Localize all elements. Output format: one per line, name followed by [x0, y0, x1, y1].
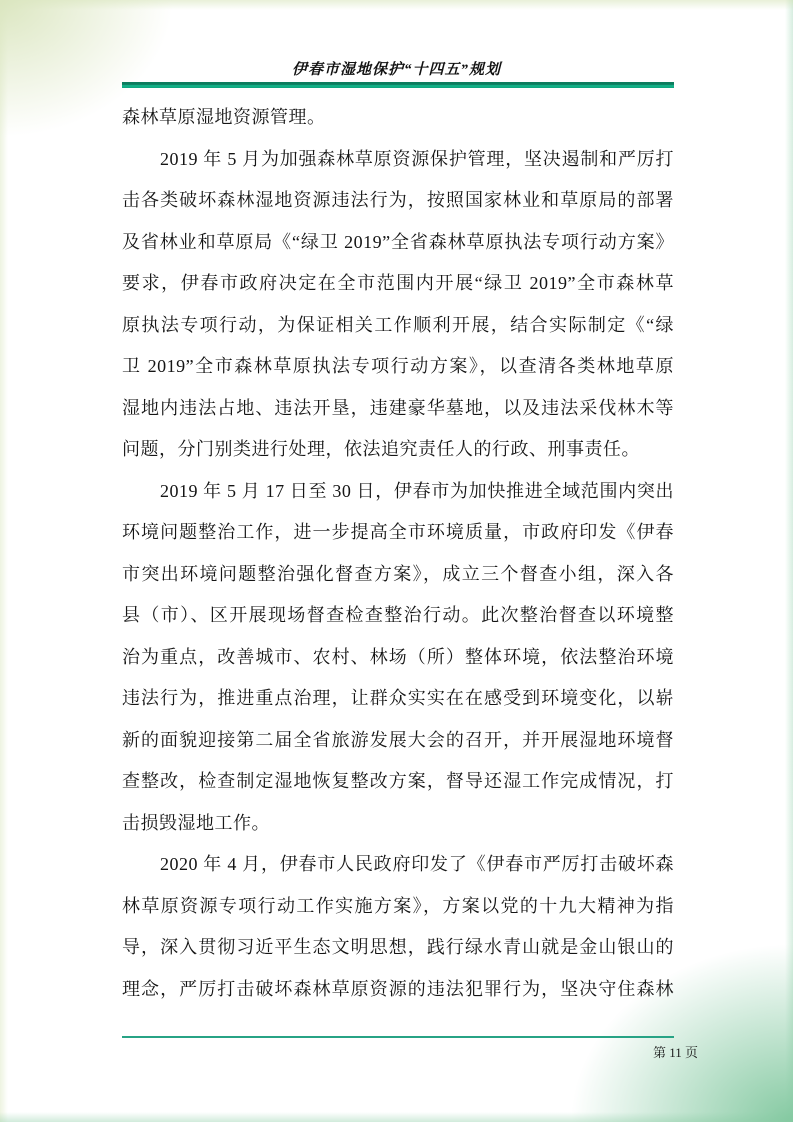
text-line: 问题，分门别类进行处理，依法追究责任人的行政、刑事责任。: [122, 429, 674, 471]
text-line: 查整改，检查制定湿地恢复整改方案，督导还湿工作完成情况，打: [122, 761, 674, 803]
text-line: 林草原资源专项行动工作实施方案》，方案以党的十九大精神为指: [122, 886, 674, 928]
text-line: 森林草原湿地资源管理。: [122, 97, 674, 139]
text-line: 2019 年 5 月 17 日至 30 日，伊春市为加快推进全域范围内突出: [122, 471, 674, 513]
text-line: 击损毁湿地工作。: [122, 803, 674, 845]
text-line: 2020 年 4 月，伊春市人民政府印发了《伊春市严厉打击破坏森: [122, 844, 674, 886]
text-line: 要求，伊春市政府决定在全市范围内开展“绿卫 2019”全市森林草: [122, 263, 674, 305]
footer-rule: [122, 1036, 674, 1038]
text-line: 湿地内违法占地、违法开垦，违建豪华墓地，以及违法采伐林木等: [122, 388, 674, 430]
text-line: 导，深入贯彻习近平生态文明思想，践行绿水青山就是金山银山的: [122, 927, 674, 969]
text-line: 治为重点，改善城市、农村、林场（所）整体环境，依法整治环境: [122, 637, 674, 679]
text-line: 理念，严厉打击破坏森林草原资源的违法犯罪行为，坚决守住森林: [122, 969, 674, 1011]
document-page: 伊春市湿地保护“十四五”规划 森林草原湿地资源管理。2019 年 5 月为加强森…: [0, 0, 793, 1122]
text-line: 及省林业和草原局《“绿卫 2019”全省森林草原执法专项行动方案》: [122, 222, 674, 264]
text-line: 新的面貌迎接第二届全省旅游发展大会的召开，并开展湿地环境督: [122, 720, 674, 762]
page-number: 第 11 页: [653, 1042, 698, 1061]
text-line: 原执法专项行动，为保证相关工作顺利开展，结合实际制定《“绿: [122, 305, 674, 347]
text-line: 环境问题整治工作，进一步提高全市环境质量，市政府印发《伊春: [122, 512, 674, 554]
body-text: 森林草原湿地资源管理。2019 年 5 月为加强森林草原资源保护管理，坚决遏制和…: [122, 97, 674, 1010]
header-title: 伊春市湿地保护“十四五”规划: [0, 58, 793, 79]
text-line: 2019 年 5 月为加强森林草原资源保护管理，坚决遏制和严厉打: [122, 139, 674, 181]
text-line: 卫 2019”全市森林草原执法专项行动方案》，以查清各类林地草原: [122, 346, 674, 388]
text-line: 县（市）、区开展现场督查检查整治行动。此次整治督查以环境整: [122, 595, 674, 637]
text-line: 击各类破坏森林湿地资源违法行为，按照国家林业和草原局的部署: [122, 180, 674, 222]
text-line: 违法行为，推进重点治理，让群众实实在在感受到环境变化，以崭: [122, 678, 674, 720]
header-rule: [122, 82, 674, 88]
text-line: 市突出环境问题整治强化督查方案》，成立三个督查小组，深入各: [122, 554, 674, 596]
